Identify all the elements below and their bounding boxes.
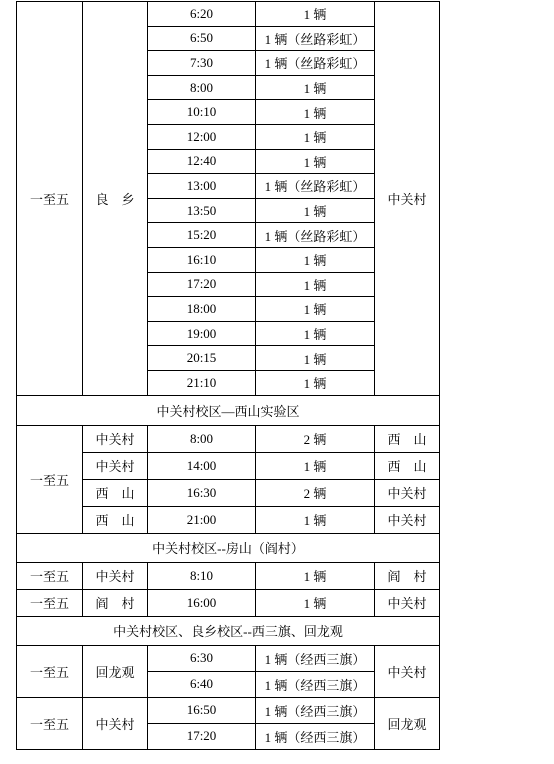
vehicle-count-cell: 1 辆（丝路彩虹） bbox=[256, 26, 375, 51]
days-cell: 一至五 bbox=[17, 697, 83, 749]
time-cell: 20:15 bbox=[148, 346, 256, 371]
vehicle-count-cell: 1 辆 bbox=[256, 100, 375, 125]
time-cell: 10:10 bbox=[148, 100, 256, 125]
destination-cell: 中关村 bbox=[375, 589, 440, 616]
vehicle-count-cell: 1 辆 bbox=[256, 198, 375, 223]
vehicle-count-cell: 1 辆 bbox=[256, 452, 375, 479]
vehicle-count-cell: 1 辆 bbox=[256, 272, 375, 297]
vehicle-count-cell: 1 辆 bbox=[256, 2, 375, 27]
days-cell: 一至五 bbox=[17, 645, 83, 697]
destination-cell: 阎 村 bbox=[375, 562, 440, 589]
vehicle-count-cell: 1 辆 bbox=[256, 149, 375, 174]
vehicle-count-cell: 2 辆 bbox=[256, 479, 375, 506]
origin-cell: 中关村 bbox=[83, 697, 148, 749]
time-cell: 13:50 bbox=[148, 198, 256, 223]
days-cell: 一至五 bbox=[17, 589, 83, 616]
table-row: 一至五 中关村 8:00 2 辆 西 山 bbox=[17, 425, 440, 452]
vehicle-count-cell: 1 辆 bbox=[256, 370, 375, 395]
vehicle-count-cell: 1 辆（丝路彩虹） bbox=[256, 174, 375, 199]
table-row: 中关村校区--房山（阎村） bbox=[17, 533, 440, 562]
route-section-header: 中关村校区、良乡校区--西三旗、回龙观 bbox=[17, 616, 440, 645]
time-cell: 16:50 bbox=[148, 697, 256, 723]
table-row: 一至五 回龙观 6:30 1 辆（经西三旗） 中关村 bbox=[17, 645, 440, 671]
time-cell: 19:00 bbox=[148, 321, 256, 346]
page: { "page": { "background": "#ffffff", "ta… bbox=[0, 0, 554, 764]
time-cell: 13:00 bbox=[148, 174, 256, 199]
bus-schedule-table: 一至五 良 乡 6:20 1 辆 中关村 6:50 1 辆（丝路彩虹） 7:30… bbox=[16, 1, 440, 750]
vehicle-count-cell: 1 辆 bbox=[256, 247, 375, 272]
time-cell: 17:20 bbox=[148, 723, 256, 749]
days-cell: 一至五 bbox=[17, 425, 83, 533]
route-section-header: 中关村校区—西山实验区 bbox=[17, 395, 440, 425]
time-cell: 6:20 bbox=[148, 2, 256, 27]
origin-cell: 阎 村 bbox=[83, 589, 148, 616]
time-cell: 6:40 bbox=[148, 671, 256, 697]
vehicle-count-cell: 1 辆 bbox=[256, 124, 375, 149]
vehicle-count-cell: 1 辆 bbox=[256, 346, 375, 371]
vehicle-count-cell: 2 辆 bbox=[256, 425, 375, 452]
origin-cell: 中关村 bbox=[83, 452, 148, 479]
table-row: 中关村校区、良乡校区--西三旗、回龙观 bbox=[17, 616, 440, 645]
vehicle-count-cell: 1 辆 bbox=[256, 589, 375, 616]
destination-cell: 中关村 bbox=[375, 2, 440, 396]
vehicle-count-cell: 1 辆 bbox=[256, 321, 375, 346]
vehicle-count-cell: 1 辆（经西三旗） bbox=[256, 671, 375, 697]
origin-cell: 西 山 bbox=[83, 506, 148, 533]
route-section-header: 中关村校区--房山（阎村） bbox=[17, 533, 440, 562]
time-cell: 8:10 bbox=[148, 562, 256, 589]
time-cell: 18:00 bbox=[148, 297, 256, 322]
table-row: 一至五 良 乡 6:20 1 辆 中关村 bbox=[17, 2, 440, 27]
origin-cell: 良 乡 bbox=[83, 2, 148, 396]
vehicle-count-cell: 1 辆 bbox=[256, 297, 375, 322]
origin-cell: 回龙观 bbox=[83, 645, 148, 697]
time-cell: 8:00 bbox=[148, 425, 256, 452]
table-row: 一至五 中关村 8:10 1 辆 阎 村 bbox=[17, 562, 440, 589]
time-cell: 15:20 bbox=[148, 223, 256, 248]
origin-cell: 中关村 bbox=[83, 562, 148, 589]
vehicle-count-cell: 1 辆 bbox=[256, 562, 375, 589]
vehicle-count-cell: 1 辆 bbox=[256, 75, 375, 100]
time-cell: 21:00 bbox=[148, 506, 256, 533]
time-cell: 21:10 bbox=[148, 370, 256, 395]
destination-cell: 西 山 bbox=[375, 425, 440, 452]
destination-cell: 中关村 bbox=[375, 506, 440, 533]
days-cell: 一至五 bbox=[17, 562, 83, 589]
time-cell: 12:00 bbox=[148, 124, 256, 149]
time-cell: 17:20 bbox=[148, 272, 256, 297]
vehicle-count-cell: 1 辆（经西三旗） bbox=[256, 697, 375, 723]
table-row: 一至五 中关村 16:50 1 辆（经西三旗） 回龙观 bbox=[17, 697, 440, 723]
vehicle-count-cell: 1 辆（丝路彩虹） bbox=[256, 51, 375, 76]
vehicle-count-cell: 1 辆（经西三旗） bbox=[256, 723, 375, 749]
time-cell: 7:30 bbox=[148, 51, 256, 76]
destination-cell: 中关村 bbox=[375, 479, 440, 506]
table-row: 中关村校区—西山实验区 bbox=[17, 395, 440, 425]
time-cell: 16:00 bbox=[148, 589, 256, 616]
time-cell: 16:10 bbox=[148, 247, 256, 272]
vehicle-count-cell: 1 辆（经西三旗） bbox=[256, 645, 375, 671]
days-cell: 一至五 bbox=[17, 2, 83, 396]
vehicle-count-cell: 1 辆（丝路彩虹） bbox=[256, 223, 375, 248]
time-cell: 8:00 bbox=[148, 75, 256, 100]
origin-cell: 中关村 bbox=[83, 425, 148, 452]
time-cell: 6:50 bbox=[148, 26, 256, 51]
vehicle-count-cell: 1 辆 bbox=[256, 506, 375, 533]
destination-cell: 回龙观 bbox=[375, 697, 440, 749]
time-cell: 16:30 bbox=[148, 479, 256, 506]
time-cell: 14:00 bbox=[148, 452, 256, 479]
time-cell: 6:30 bbox=[148, 645, 256, 671]
destination-cell: 西 山 bbox=[375, 452, 440, 479]
table-row: 一至五 阎 村 16:00 1 辆 中关村 bbox=[17, 589, 440, 616]
time-cell: 12:40 bbox=[148, 149, 256, 174]
destination-cell: 中关村 bbox=[375, 645, 440, 697]
origin-cell: 西 山 bbox=[83, 479, 148, 506]
